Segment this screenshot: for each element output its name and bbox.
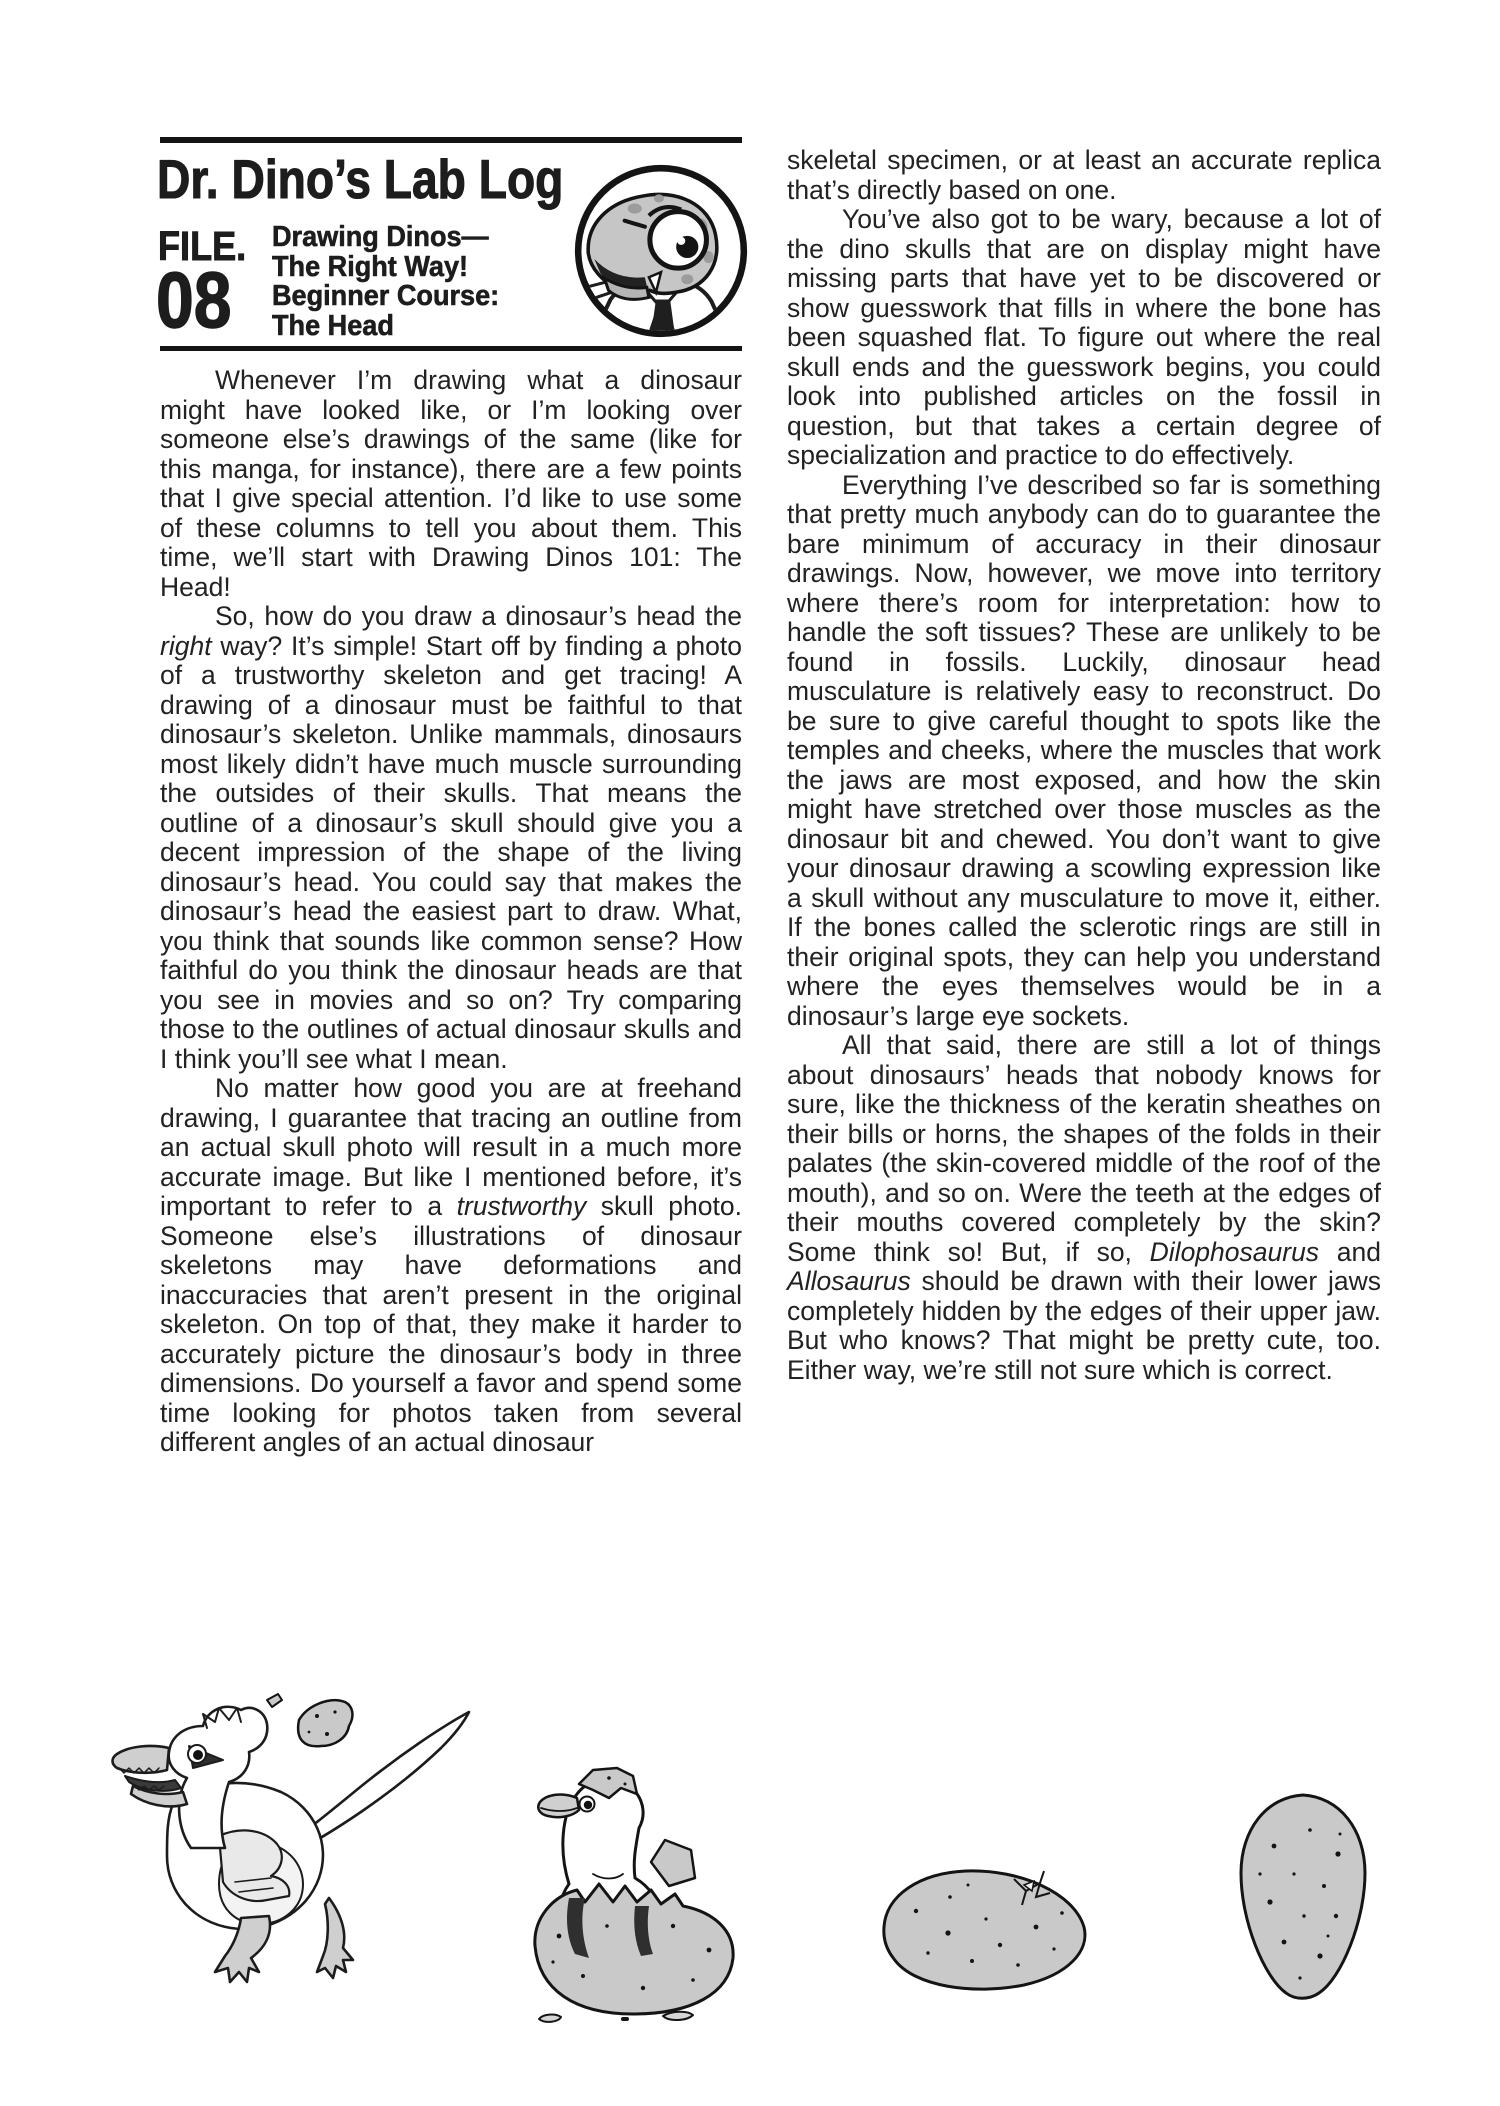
hatching-chick-egg-illustration: [523, 1766, 771, 2024]
paragraph: Whenever I’m drawing what a dinosaur mig…: [160, 366, 742, 602]
paragraph: No matter how good you are at freehand d…: [160, 1074, 742, 1458]
page-title: Dr. Dino’s Lab Log: [157, 147, 563, 211]
paragraph: All that said, there are still a lot of …: [787, 1031, 1381, 1385]
subtitle-line: The Head: [272, 312, 499, 342]
paragraph: So, how do you draw a dinosaur’s head th…: [160, 602, 742, 1074]
subtitle-line: Beginner Course:: [272, 282, 499, 312]
right-column-body: skeletal specimen, or at least an accura…: [787, 146, 1381, 1385]
magazine-column-page: Dr. Dino’s Lab Log FILE. 08 Drawing Dino…: [0, 0, 1500, 2106]
subtitle-line: The Right Way!: [272, 253, 499, 283]
subtitle-line: Drawing Dinos—: [272, 223, 499, 253]
paragraph: Everything I’ve described so far is some…: [787, 471, 1381, 1032]
dr-dino-monocle-mascot-icon: [560, 160, 762, 347]
paragraph: You’ve also got to be wary, because a lo…: [787, 205, 1381, 471]
left-column-body: Whenever I’m drawing what a dinosaur mig…: [160, 366, 742, 1458]
eggshell-fragments-illustration: [267, 1694, 352, 1746]
episode-subtitle: Drawing Dinos— The Right Way! Beginner C…: [272, 223, 499, 341]
speckled-egg-upright-illustration: [1236, 1790, 1370, 2008]
header-top-rule: [160, 137, 742, 143]
paragraph: skeletal specimen, or at least an accura…: [787, 146, 1381, 205]
baby-raptor-chick-illustration: [103, 1686, 515, 2024]
cracked-egg-on-side-illustration: [876, 1841, 1092, 1999]
file-number: 08: [156, 260, 232, 340]
